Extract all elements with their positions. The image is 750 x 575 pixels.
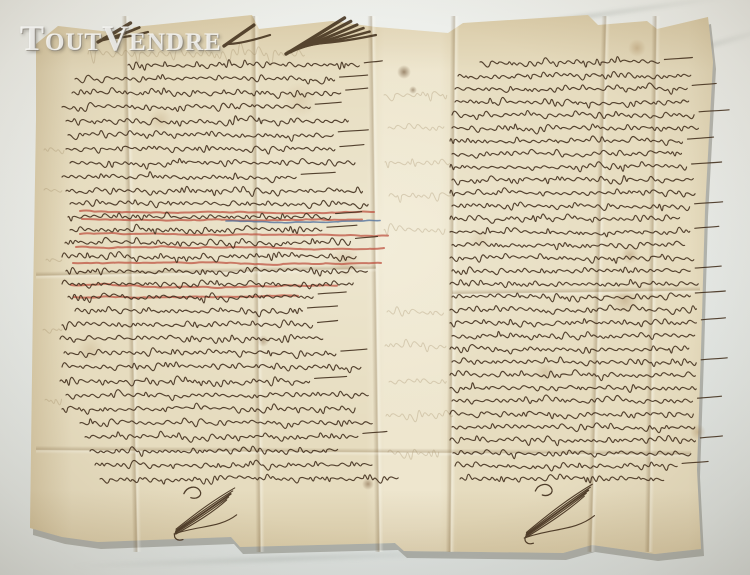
handwriting-line [452,357,727,367]
handwriting-line [66,267,367,277]
handwriting-line [62,172,335,183]
handwriting-line [460,474,664,483]
handwriting-line [480,57,692,67]
handwriting-line [75,306,338,317]
handwriting-line [388,449,439,459]
handwriting-line [90,446,338,456]
handwriting-line [450,383,696,393]
underline-mark [80,233,388,236]
handwriting-line [387,307,444,316]
handwriting-line [452,331,695,340]
handwriting-line [450,436,722,446]
underline-mark [82,219,362,221]
handwriting-line [43,329,62,333]
handwriting-line [62,102,341,111]
underline-mark [73,262,381,265]
handwriting-ink-layer [0,0,750,575]
handwriting-line [62,252,356,263]
handwriting-line [450,410,693,418]
handwriting-line [62,403,355,414]
handwriting-line [450,279,698,287]
handwriting-line [452,176,693,185]
handwriting-line [450,345,689,354]
handwriting-line [389,379,446,384]
handwriting-line [60,376,347,387]
handwriting-line [128,60,382,70]
handwriting-line [100,474,398,484]
handwriting-line [386,410,453,421]
handwriting-line [455,97,689,108]
handwriting-line [44,148,64,154]
underline-mark [76,246,384,249]
handwriting-line [452,202,723,211]
handwriting-line [72,88,368,99]
pen-trial-flourish [224,25,270,46]
handwriting-line [75,75,368,84]
handwriting-line [385,339,446,351]
handwriting-line [66,116,348,126]
handwriting-line [46,259,62,262]
handwriting-line [450,226,719,236]
handwriting-line [44,188,62,192]
handwriting-line [389,193,450,203]
handwriting-line [450,254,694,264]
handwriting-line [62,320,338,330]
handwriting-line [70,200,368,209]
handwriting-line [66,145,364,155]
handwriting-line [452,291,725,302]
handwriting-line [384,92,447,101]
listing-photo: ToutVendre [0,0,750,575]
handwriting-line [455,83,716,94]
handwriting-line [453,450,691,459]
handwriting-line [452,241,685,249]
handwriting-line [85,431,387,442]
handwriting-line [458,72,691,80]
handwriting-line [384,224,445,235]
signature-paraph [524,484,594,543]
handwriting-line [452,423,695,433]
handwriting-line [455,461,708,471]
handwriting-line [62,362,361,373]
handwriting-line [450,136,714,145]
handwriting-line [452,395,722,404]
handwriting-line [450,162,722,172]
handwriting-line [66,390,368,401]
handwriting-line [452,266,721,275]
handwriting-line [385,159,449,168]
handwriting-line [450,214,680,223]
handwriting-line [80,418,372,428]
handwriting-line [60,335,323,344]
handwriting-line [70,159,355,170]
signature-paraph [174,487,237,540]
handwriting-line [45,399,62,405]
handwriting-line [450,318,725,327]
handwriting-line [450,305,696,315]
pen-trial-flourish [286,18,376,54]
handwriting-line [65,236,377,248]
watermark-text: ToutVendre [20,20,222,56]
handwriting-line [95,460,372,470]
handwriting-line [388,124,444,131]
handwriting-line [68,130,368,141]
handwriting-line [64,348,367,359]
handwriting-line [452,110,729,120]
handwriting-line [450,370,695,381]
handwriting-line [66,186,362,196]
handwriting-line [452,124,698,134]
handwriting-line [450,188,695,197]
handwriting-line [452,149,681,158]
underline-mark [80,211,374,214]
